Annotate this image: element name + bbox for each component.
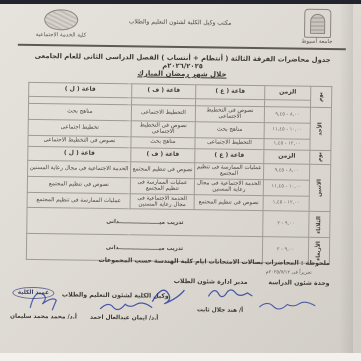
subject-cell: نصوص فى تنظيم المجتمع bbox=[131, 161, 195, 178]
hall-l-header: قاعة ( ل ) bbox=[29, 82, 132, 97]
day-column-header: يوم bbox=[310, 150, 331, 164]
signature-director-icon bbox=[206, 284, 254, 303]
vice-dean-name: أ.د/ ايمان عبدالعال احمد bbox=[90, 315, 158, 322]
subject-cell: نصوص فى تنظيم المجتمع bbox=[194, 194, 263, 211]
signature-study-unit-icon bbox=[257, 298, 319, 315]
hall-f-header: قاعة ( ف ) bbox=[132, 84, 196, 99]
subject-cell: نصوص فى التخطيط الاجتماعى bbox=[131, 121, 195, 138]
day-column-header: يوم bbox=[311, 86, 332, 107]
time-cell: ١٢,٠٠ - ١,٤٥ bbox=[263, 195, 309, 211]
hall-a-header: قاعة ( ع ) bbox=[196, 85, 265, 100]
day-cell-monday: الاثنين bbox=[309, 164, 331, 212]
document-photo: جامعة أسيوط مكتب وكيل الكلية لشئون التعل… bbox=[0, 0, 361, 361]
day-cell-tuesday: الثلاثاء bbox=[309, 212, 330, 238]
subject-cell: مناهج بحث bbox=[28, 103, 131, 120]
photo-bottom-edge bbox=[0, 353, 361, 361]
time-cell: ٨,٠٠ - ٩,٤٥ bbox=[263, 163, 309, 180]
schedule-table: يوم الزمن قاعة ( ع ) قاعة ( ف ) قاعة ( ل… bbox=[26, 82, 332, 265]
subject-cell: نصوص فى تنظيم المجتمع bbox=[27, 176, 130, 193]
subject-cell: عمليات الممارسة فى تنظيم المجتمع bbox=[27, 192, 130, 209]
hall-l-header: قاعة ( ل ) bbox=[28, 146, 131, 161]
subject-cell: تخطيط اجتماعى bbox=[28, 119, 131, 136]
student-affairs-director-name: أ/ هند جلال ثابت bbox=[197, 307, 243, 314]
faculty-name: كلية الخدمة الاجتماعية bbox=[16, 32, 106, 39]
field-training-cell: تدريب ميـــــــــــــــــــــدانى bbox=[27, 208, 263, 237]
hall-f-header: قاعة ( ف ) bbox=[131, 147, 195, 162]
subject-cell: الخدمة الاجتماعية فى مجال رعاية المسنين bbox=[194, 178, 263, 195]
subject-cell: الخدمة الاجتماعية فى مجال رعاية المسنين bbox=[28, 160, 131, 177]
time-cell: ١٠,٠٠ - ١١,٤٥ bbox=[264, 123, 310, 139]
day-cell-sunday: الأحد bbox=[310, 107, 332, 150]
university-logo-icon bbox=[304, 9, 331, 38]
date-line: تحريراً فى ٢٠٢٥/٧/١٢م bbox=[232, 270, 312, 276]
time-cell: ١٠,٠٠ - ١١,٤٥ bbox=[263, 179, 309, 195]
subject-cell: الخدمة الاجتماعية فى مجال رعاية المسنين bbox=[130, 193, 194, 210]
study-unit-label: وحدة شئون الدراسة bbox=[268, 279, 329, 287]
time-cell: ٩,٠٠ - ٢ bbox=[263, 211, 309, 238]
signature-dean-icon bbox=[24, 286, 58, 314]
office-title: مكتب وكيل الكلية لشئون التعليم والطلاب bbox=[125, 18, 235, 27]
subject-cell: مناهج بحث bbox=[131, 136, 195, 148]
dean-name: أ.د/ محمد محمد سليمان bbox=[10, 314, 77, 321]
subject-cell: مناهج بحث bbox=[195, 122, 264, 139]
hall-a-header: قاعة ( ع ) bbox=[195, 148, 264, 163]
university-name: جامعة أسيوط bbox=[289, 39, 345, 46]
subject-cell: التخطيط الاجتماعى bbox=[131, 105, 195, 122]
time-column-header: الزمن bbox=[264, 149, 310, 164]
time-cell: ٨,٠٠ - ٩,٤٥ bbox=[264, 107, 310, 123]
time-cell: ١٢,٠٠ - ١,٤٥ bbox=[264, 138, 310, 150]
document-content: جامعة أسيوط مكتب وكيل الكلية لشئون التعل… bbox=[0, 1, 361, 355]
time-column-header: الزمن bbox=[265, 86, 311, 101]
header-divider bbox=[18, 44, 346, 51]
paper-sheet: جامعة أسيوط مكتب وكيل الكلية لشئون التعل… bbox=[0, 4, 361, 353]
subject-cell: عمليات الممارسة فى تنظيم المجتمع bbox=[130, 177, 194, 194]
subject-cell: عمليات الممارسة فى تنظيم المجتمع bbox=[195, 162, 264, 179]
subject-cell: نصوص فى التخطيط الاجتماعى bbox=[195, 106, 264, 123]
signature-vice-dean-icon bbox=[98, 299, 154, 316]
faculty-logo-icon bbox=[44, 9, 78, 30]
